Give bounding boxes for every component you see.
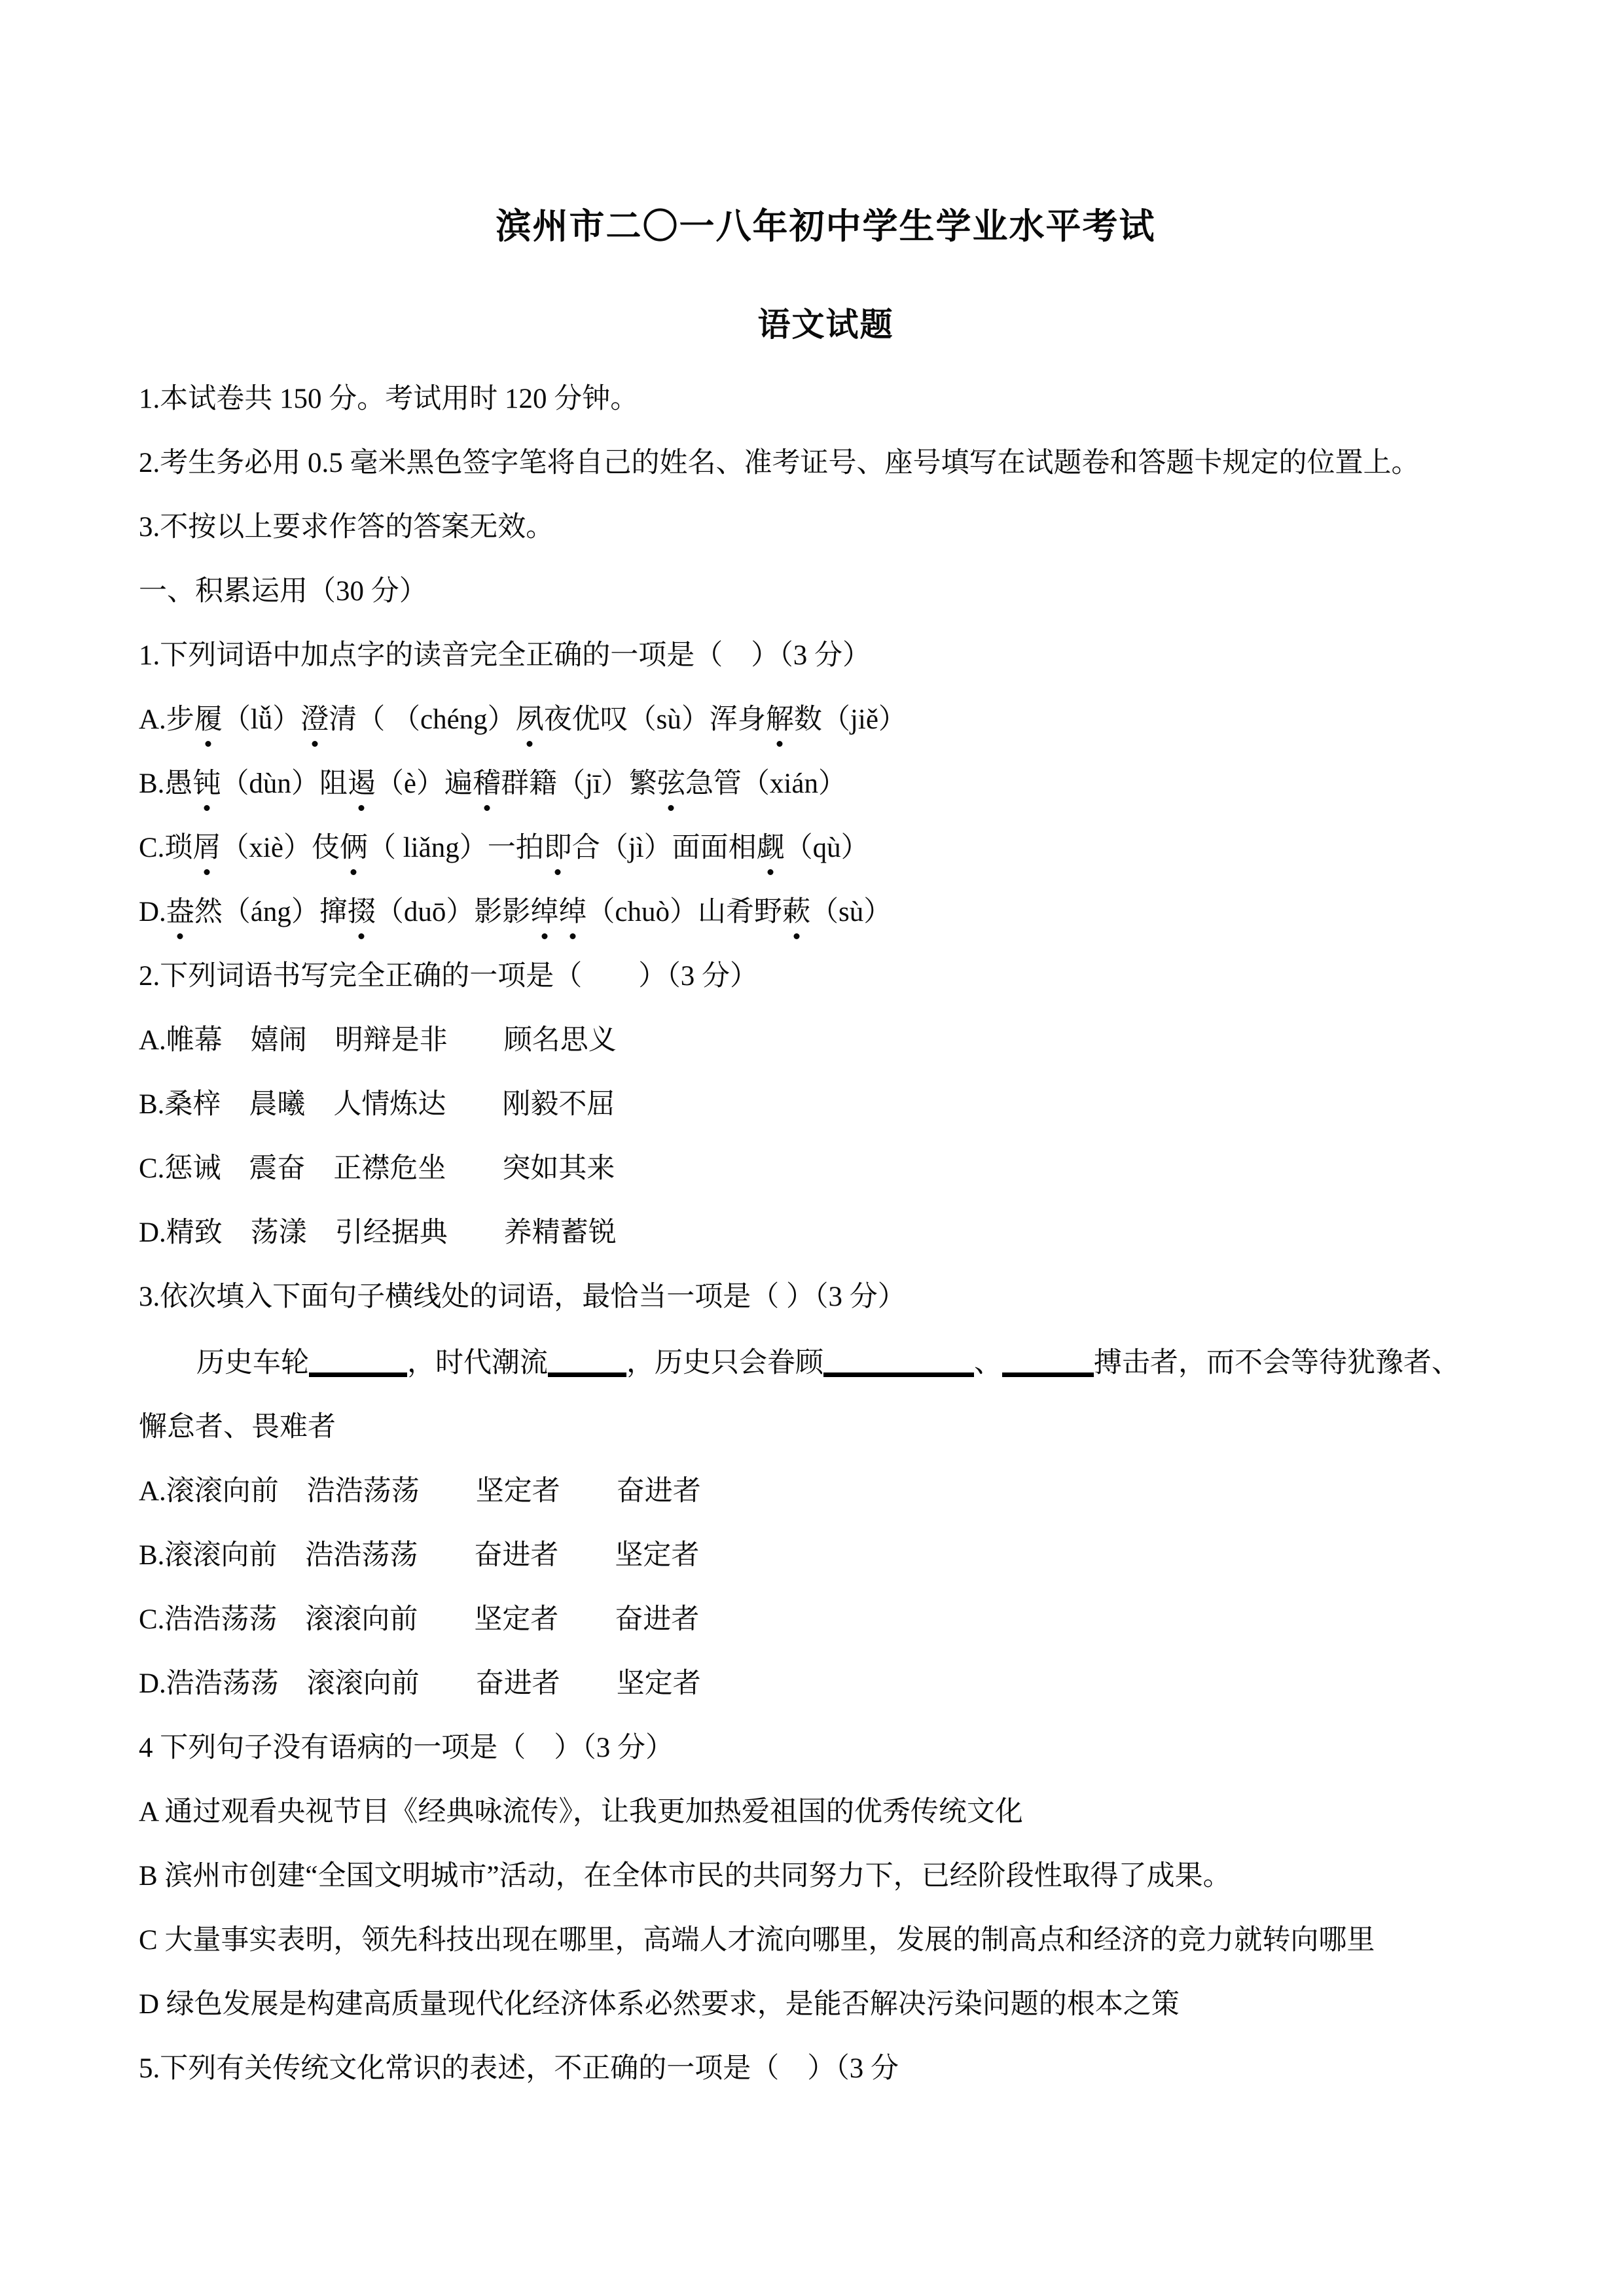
q2-stem: 2.下列词语书写完全正确的一项是（ ）（3 分） bbox=[139, 959, 1513, 994]
q2-option-a: A.帷幕 嬉闹 明辩是非 顾名思义 bbox=[139, 1023, 1513, 1058]
q2-option-d: D.精致 荡漾 引经据典 养精蓄锐 bbox=[139, 1215, 1513, 1251]
exam-paper-page: 滨州市二〇一八年初中学生学业水平考试 语文试题 1.本试卷共 150 分。考试用… bbox=[0, 0, 1624, 2296]
q4-option-b: B 滨州市创建“全国文明城市”活动，在全体市民的共同努力下，已经阶段性取得了成果… bbox=[139, 1859, 1513, 1894]
page-subtitle: 语文试题 bbox=[139, 306, 1513, 344]
q3-option-b: B.滚滚向前 浩浩荡荡 奋进者 坚定者 bbox=[139, 1538, 1513, 1573]
q2-option-b: B.桑梓 晨曦 人情炼达 刚毅不屈 bbox=[139, 1087, 1513, 1122]
q1-option-a: A.步履（lǚ）澄清（ （chéng）夙夜优叹（sù）浑身解数（jiě） bbox=[139, 702, 1513, 738]
q1-option-c: C.琐屑（xiè）伎俩（ liǎng）一拍即合（jì）面面相觑（qù） bbox=[139, 831, 1513, 866]
q1-stem: 1.下列词语中加点字的读音完全正确的一项是（ ）（3 分） bbox=[139, 638, 1513, 673]
q1-option-d: D.盎然（áng）撺掇（duō）影影绰绰（chuò）山肴野蔌（sù） bbox=[139, 895, 1513, 930]
page-title: 滨州市二〇一八年初中学生学业水平考试 bbox=[139, 206, 1513, 247]
instruction-line-2: 2.考生务必用 0.5 毫米黑色签字笔将自己的姓名、准考证号、座号填写在试题卷和… bbox=[139, 446, 1513, 481]
q3-option-d: D.浩浩荡荡 滚滚向前 奋进者 坚定者 bbox=[139, 1666, 1513, 1702]
instruction-line-1: 1.本试卷共 150 分。考试用时 120 分钟。 bbox=[139, 382, 1513, 417]
q3-option-a: A.滚滚向前 浩浩荡荡 坚定者 奋进者 bbox=[139, 1474, 1513, 1509]
q3-option-c: C.浩浩荡荡 滚滚向前 坚定者 奋进者 bbox=[139, 1602, 1513, 1638]
q4-option-c: C 大量事实表明，领先科技出现在哪里，高端人才流向哪里，发展的制高点和经济的竞力… bbox=[139, 1923, 1513, 1958]
q4-option-d: D 绿色发展是构建高质量现代化经济体系必然要求，是能否解决污染问题的根本之策 bbox=[139, 1987, 1513, 2022]
q3-sentence-line-2: 懈怠者、畏难者 bbox=[139, 1410, 1513, 1445]
q2-option-c: C.惩诫 震奋 正襟危坐 突如其来 bbox=[139, 1151, 1513, 1187]
q4-option-a: A 通过观看央视节目《经典咏流传》，让我更加热爱祖国的优秀传统文化 bbox=[139, 1795, 1513, 1830]
q4-stem: 4 下列句子没有语病的一项是（ ）（3 分） bbox=[139, 1731, 1513, 1766]
section-1-heading: 一、积累运用（30 分） bbox=[139, 574, 1513, 609]
q3-stem: 3.依次填入下面句子横线处的词语，最恰当一项是（ ）（3 分） bbox=[139, 1280, 1513, 1315]
q5-stem: 5.下列有关传统文化常识的表述，不正确的一项是（ ）（3 分 bbox=[139, 2051, 1513, 2087]
q1-option-b: B.愚钝（dùn）阻遏（è）遍稽群籍（jī）繁弦急管（xián） bbox=[139, 766, 1513, 802]
exam-body: 1.本试卷共 150 分。考试用时 120 分钟。 2.考生务必用 0.5 毫米… bbox=[139, 382, 1513, 2087]
instruction-line-3: 3.不按以上要求作答的答案无效。 bbox=[139, 510, 1513, 545]
q3-sentence-line-1: 历史车轮，时代潮流，历史只会眷顾、搏击者，而不会等待犹豫者、 bbox=[139, 1344, 1513, 1381]
